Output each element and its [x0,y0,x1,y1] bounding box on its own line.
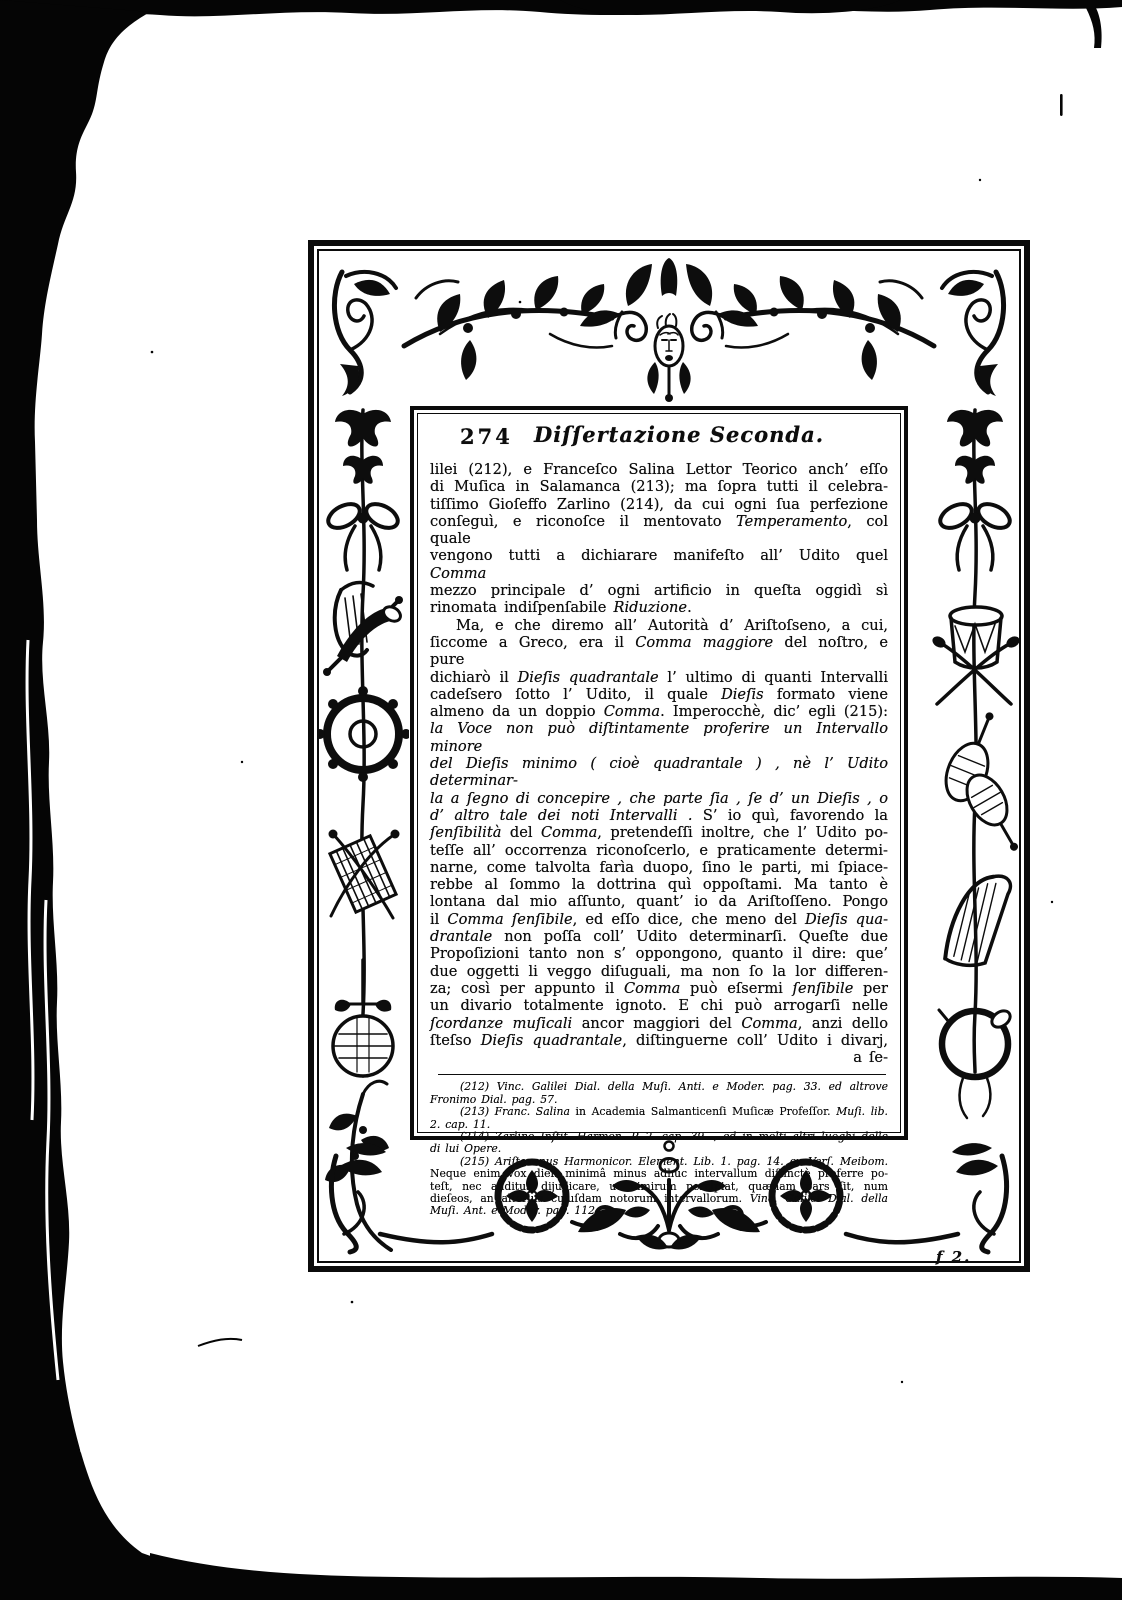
text-line: d’ altro tale dei noti Intervalli . S’ i… [430,807,888,824]
text-line: (213) Franc. Salina in Academia Salmanti… [430,1106,888,1118]
text-line: del Dieſis minimo ( cioè quadrantale ) ,… [430,755,888,790]
text-line: almeno da un doppio Comma. Imperocchè, d… [430,703,888,720]
music-trophy-right-icon [929,404,1021,1252]
text-line: mezzo principale d’ ogni artificio in qu… [430,582,888,599]
paragraph: (212) Vinc. Galilei Dial. della Muſi. An… [430,1081,888,1106]
text-line: ſcordanze muſicali ancor maggiori del Co… [430,1015,888,1032]
text-line: za; così per appunto il Comma può eſserm… [430,980,888,997]
text-line: lontana dal mio aſſunto, quant’ io da Ar… [430,893,888,910]
text-panel: 274 Diſſertazione Seconda. lilei (212), … [410,406,908,1140]
paragraph: (214) Zarlino Inſtit. Harmon. P. 2. cap.… [430,1131,888,1156]
scanned-book-page: 274 Diſſertazione Seconda. lilei (212), … [0,0,1122,1600]
text-line: tiſſimo Gioſeffo Zarlino (214), da cui o… [430,496,888,513]
footnote-separator [438,1074,886,1075]
text-line: rinomata indiſpenſabile Riduzione. [430,599,888,616]
page-header: 274 Diſſertazione Seconda. [430,422,888,456]
paragraph: Ma, e che diremo all’ Autorità d’ Ariſto… [430,617,888,1067]
text-line: ſiccome a Greco, era il Comma maggiore d… [430,634,888,669]
text-line: Neque enim vox dieſi minimâ minus adhuc … [430,1168,888,1180]
paragraph: lilei (212), e Franceſco Salina Lettor T… [430,461,888,617]
music-trophy-left-icon [317,404,409,1252]
text-line: teſſe all’ occorrenza riconoſcerlo, e pr… [430,842,888,859]
text-line: due oggetti li veggo diſuguali, ma non ſ… [430,963,888,980]
body-text: lilei (212), e Franceſco Salina Lettor T… [430,461,888,1066]
text-line: Muſi. Ant. e Moder. pag. 112. [430,1205,888,1217]
page-number: 274 [460,424,513,449]
text-line: ſteſso Dieſis quadrantale, diſtinguerne … [430,1032,888,1049]
text-line: conſeguì, e riconoſce il mentovato Tempe… [430,513,888,548]
paragraph: (213) Franc. Salina in Academia Salmanti… [430,1106,888,1131]
text-line: di Muſica in Salamanca (213); ma ſopra t… [430,478,888,495]
text-line: ſenſibilità del Comma, pretendeſſi inolt… [430,824,888,841]
text-line: la a ſegno di concepire , che parte ſia … [430,790,888,807]
text-line: drantale non poſſa coll’ Udito determina… [430,928,888,945]
text-line: la Voce non può diſtintamente proferire … [430,720,888,755]
headpiece-ornament [320,254,1018,404]
engraved-frame: 274 Diſſertazione Seconda. lilei (212), … [308,240,1030,1272]
signature-mark: f 2. [936,1248,971,1266]
text-line: dichiarò il Dieſis quadrantale l’ ultimo… [430,669,888,686]
mask-face-icon [580,258,758,402]
text-line: Ma, e che diremo all’ Autorità d’ Ariſto… [430,617,888,634]
text-line: a ſe- [430,1049,888,1066]
text-line: vengono tutti a dichiarare manifeſto all… [430,547,888,582]
footnotes: (212) Vinc. Galilei Dial. della Muſi. An… [430,1081,888,1217]
text-line: cadeſsero ſotto l’ Udito, il quale Dieſi… [430,686,888,703]
text-line: Propoſizioni tanto non s’ oppongono, qua… [430,945,888,962]
text-line: lilei (212), e Franceſco Salina Lettor T… [430,461,888,478]
text-line: un divario totalmente ignoto. E chi può … [430,997,888,1014]
paragraph: (215) Ariſtoxenus Harmonicor. Element. L… [430,1156,888,1218]
text-line: il Comma ſenſibile, ed eſſo dice, che me… [430,911,888,928]
text-line: narne, come talvolta farìa duopo, ſino l… [430,859,888,876]
text-line: rebbe al ſommo la dottrina quì oppoſtami… [430,876,888,893]
